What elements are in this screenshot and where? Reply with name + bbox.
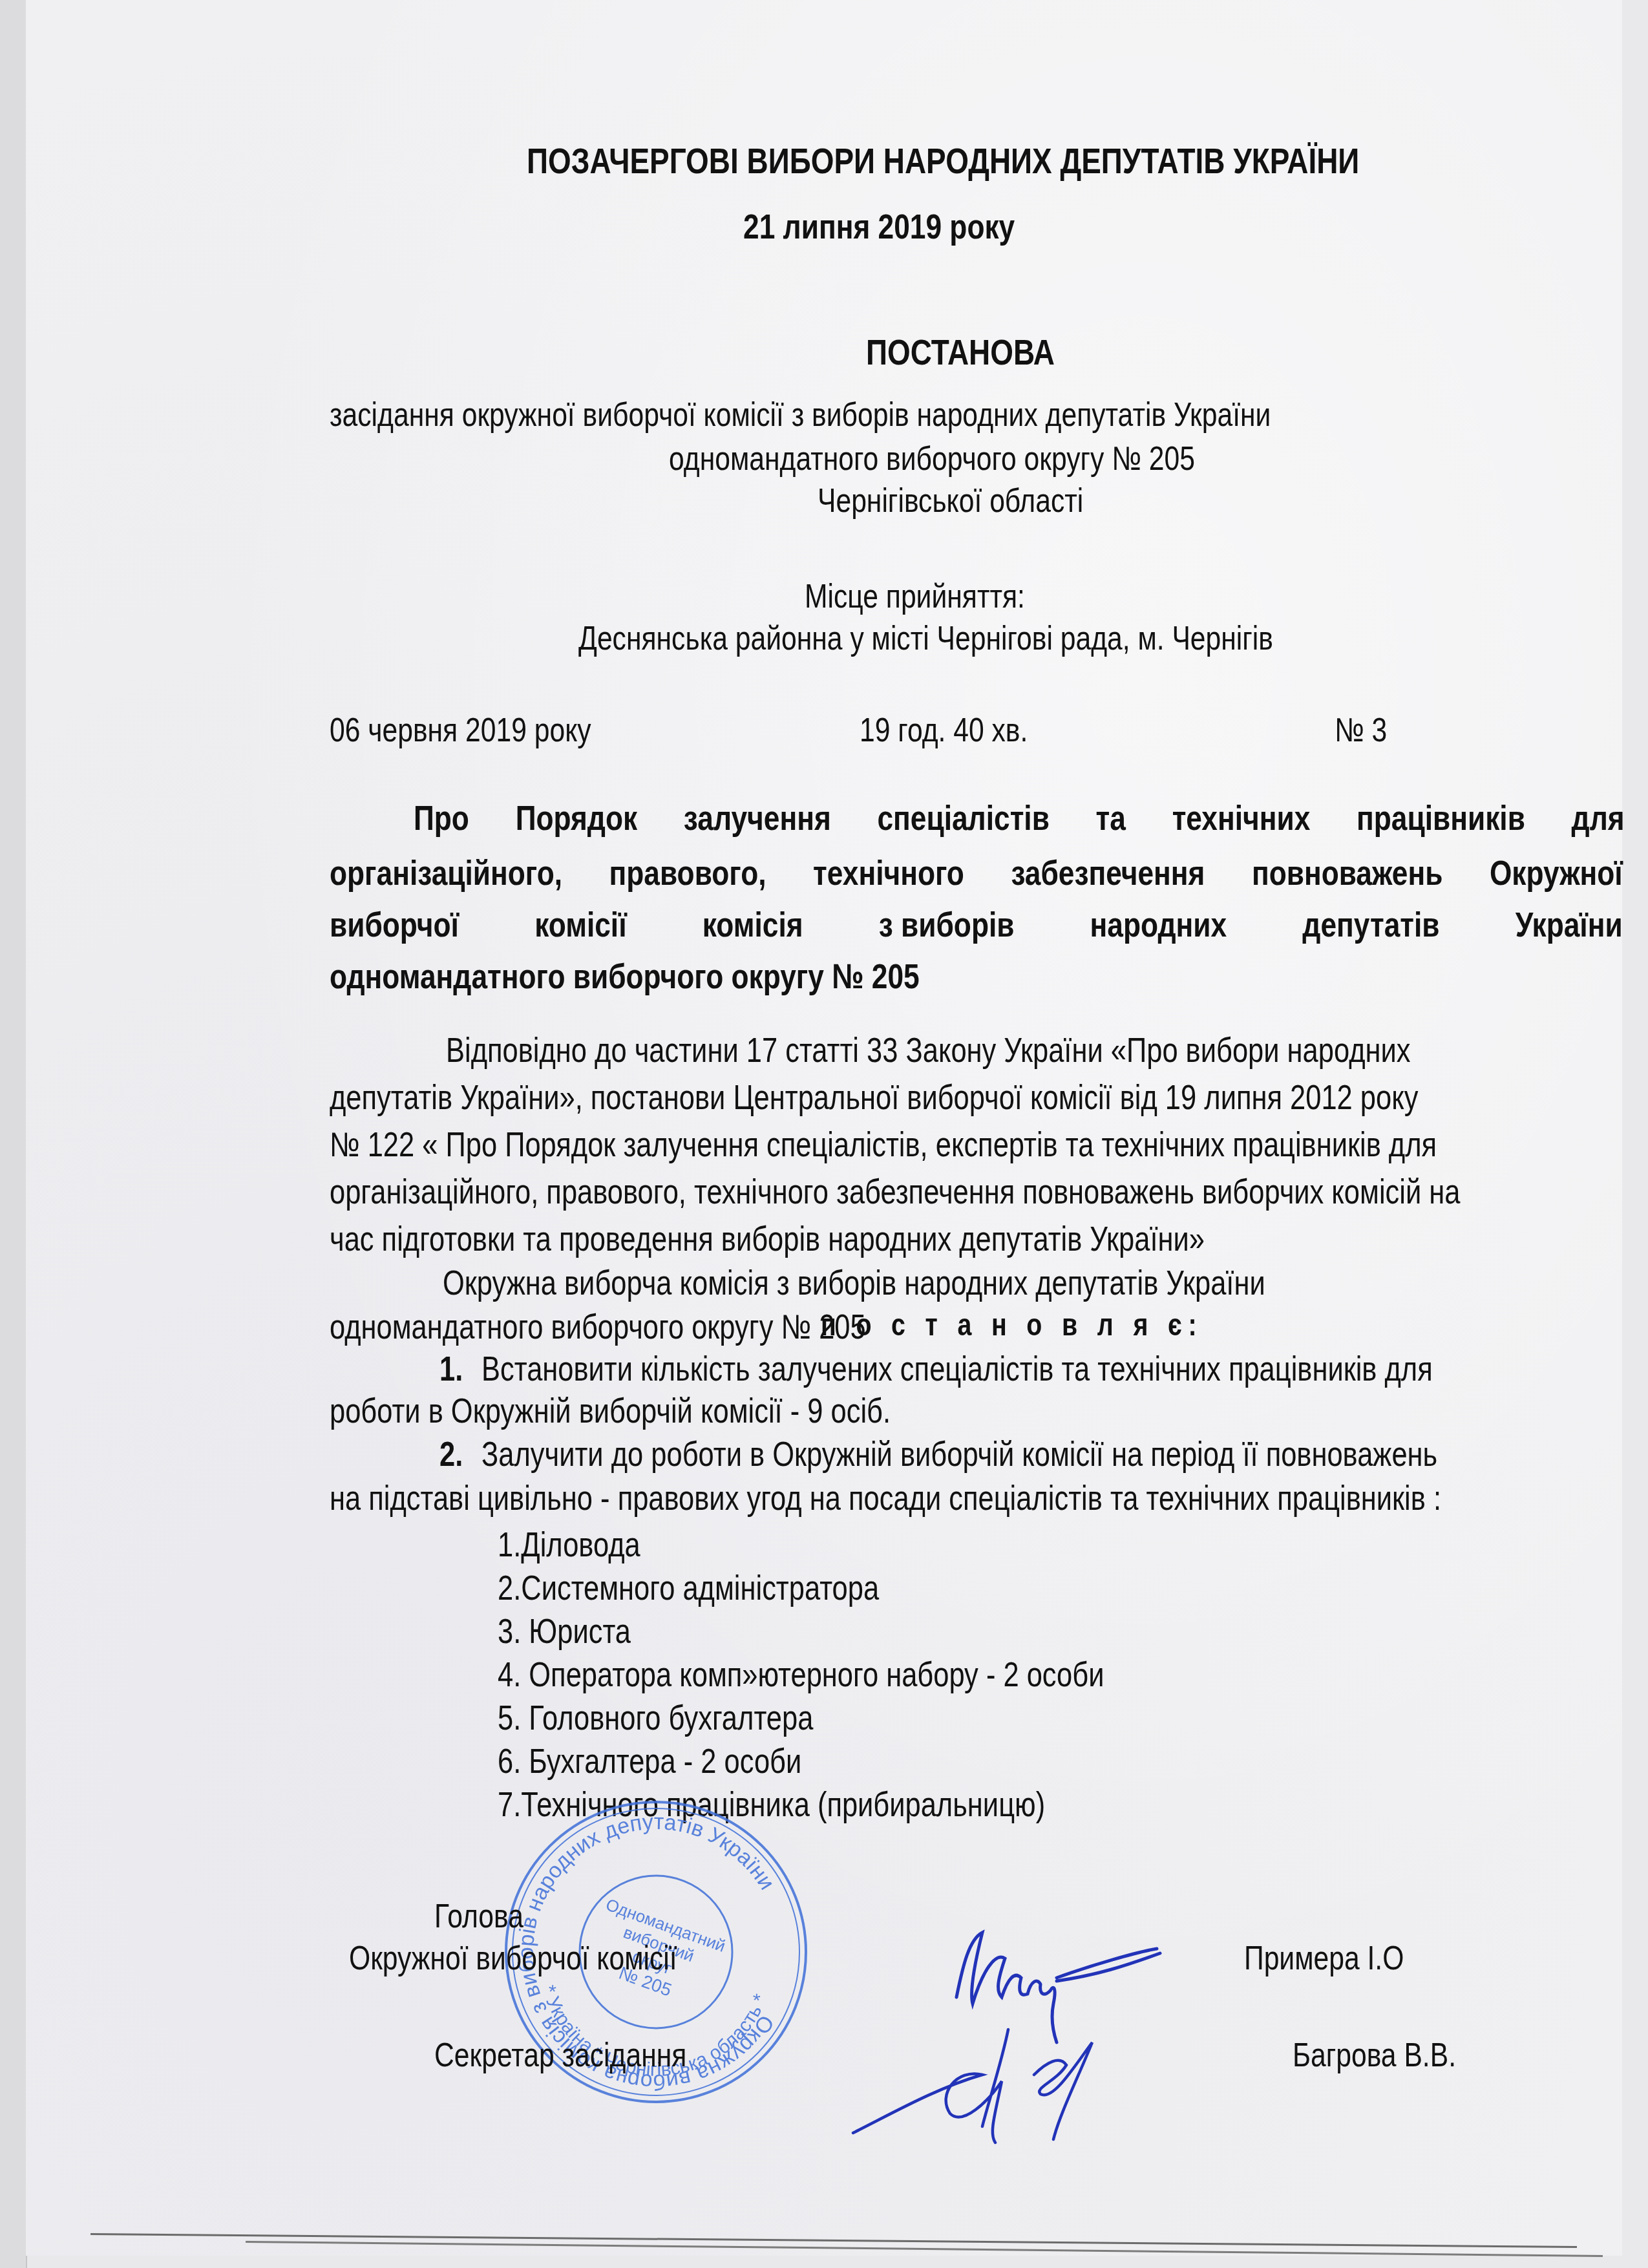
position-item: 5. Головного бухгалтера <box>498 1699 813 1738</box>
place-label: Місце прийняття: <box>805 577 1025 616</box>
subject-word: комісії <box>534 905 626 945</box>
preamble-line-5: час підготовки та проведення виборів нар… <box>330 1220 1205 1259</box>
subject-line-4: одномандатного виборчого округу № 205 <box>330 957 920 997</box>
subject-word: технічного <box>813 853 964 893</box>
subject-word: для <box>1572 798 1625 838</box>
position-item: 2.Системного адміністратора <box>498 1569 879 1608</box>
subject-line-2: організаційного, правового, технічного з… <box>330 853 1623 893</box>
subject-word: організаційного, <box>330 853 562 893</box>
commission-line-2: одномандатного виборчого округу № 205 <box>330 1308 866 1347</box>
place-value: Деснянська районна у місті Чернігові рад… <box>578 619 1273 658</box>
subject-word: залучення <box>684 798 831 838</box>
election-date: 21 липня 2019 року <box>743 207 1015 247</box>
preamble-line-2: депутатів України», постанови Центрально… <box>330 1078 1418 1118</box>
item-1-number: 1. <box>439 1350 463 1389</box>
subject-word: та <box>1096 798 1126 838</box>
resolution-time: 19 год. 40 хв. <box>860 711 1028 750</box>
resolves-word: п о с т а н о в л я є: <box>821 1308 1203 1343</box>
subject-word: комісія <box>703 905 803 945</box>
subject-word: виборчої <box>330 905 459 945</box>
chair-label-1: Голова <box>434 1897 523 1936</box>
subject-line-1: Про Порядок залучення спеціалістів та те… <box>414 798 1625 838</box>
secretary-label: Секретар засідання <box>434 2036 686 2075</box>
subject-word: спеціалістів <box>877 798 1049 838</box>
item-1-line-2: роботи в Окружній виборчій комісії - 9 о… <box>330 1392 891 1431</box>
resolution-subtitle-2: одномандатного виборчого округу № 205 <box>669 440 1195 478</box>
position-item: 6. Бухгалтера - 2 особи <box>498 1742 801 1781</box>
resolution-title: ПОСТАНОВА <box>866 331 1055 373</box>
subject-word: народних <box>1090 905 1227 945</box>
preamble-line-4: організаційного, правового, технічного з… <box>330 1172 1460 1212</box>
secretary-signature-icon <box>840 2004 1137 2152</box>
subject-line-3: виборчої комісії комісія з виборів народ… <box>330 905 1623 945</box>
position-item: 3. Юриста <box>498 1612 631 1651</box>
subject-word: працівників <box>1357 798 1525 838</box>
resolution-subtitle-3: Чернігівської області <box>818 482 1083 520</box>
preamble-line-3: № 122 « Про Порядок залучення спеціаліст… <box>330 1125 1437 1165</box>
subject-word: технічних <box>1172 798 1311 838</box>
position-item: 1.Діловода <box>498 1525 640 1565</box>
subject-word: України <box>1516 905 1623 945</box>
election-title: ПОЗАЧЕРГОВІ ВИБОРИ НАРОДНИХ ДЕПУТАТІВ УК… <box>527 140 1359 182</box>
subject-word: забезпечення <box>1011 853 1205 893</box>
item-2-line-1: Залучити до роботи в Окружній виборчій к… <box>481 1435 1437 1474</box>
chair-label-2: Окружної виборчої комісії <box>349 1939 677 1978</box>
resolution-number: № 3 <box>1335 711 1387 750</box>
subject-word: Про <box>414 798 469 838</box>
resolution-subtitle-1: засідання окружної виборчої комісії з ви… <box>330 396 1271 434</box>
secretary-name: Багрова В.В. <box>1293 2036 1456 2075</box>
subject-word: депутатів <box>1302 905 1439 945</box>
subject-word: Порядок <box>516 798 637 838</box>
item-2-line-2: на підставі цивільно - правових угод на … <box>330 1479 1441 1518</box>
subject-word: правового, <box>609 853 766 893</box>
scan-left-margin <box>0 0 27 2268</box>
item-1-line-1: Встановити кількість залучених спеціаліс… <box>481 1350 1433 1389</box>
subject-word: Окружної <box>1490 853 1623 893</box>
resolution-date: 06 червня 2019 року <box>330 711 591 750</box>
position-item: 4. Оператора комп»ютерного набору - 2 ос… <box>498 1655 1104 1695</box>
commission-line-1: Окружна виборча комісія з виборів народн… <box>443 1264 1265 1303</box>
subject-word: з виборів <box>879 905 1015 945</box>
item-2-number: 2. <box>439 1435 463 1474</box>
chair-name: Примера І.О <box>1244 1939 1404 1978</box>
preamble-line-1: Відповідно до частини 17 статті 33 Закон… <box>446 1031 1411 1070</box>
subject-word: повноважень <box>1252 853 1442 893</box>
